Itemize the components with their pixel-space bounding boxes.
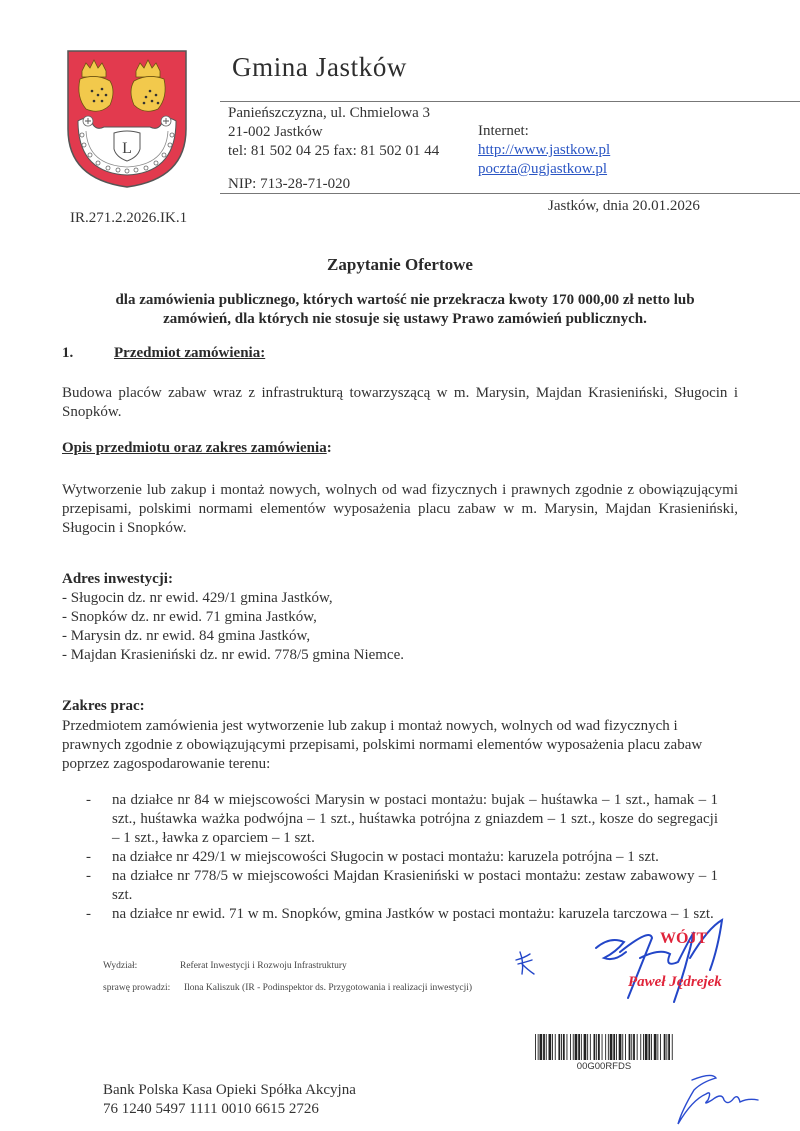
zakres-text: Przedmiotem zamówienia jest wytworzenie … bbox=[62, 717, 722, 774]
phone-fax: tel: 81 502 04 25 fax: 81 502 01 44 bbox=[228, 142, 439, 161]
website-link[interactable]: http://www.jastkow.pl bbox=[478, 141, 610, 160]
document-title: Zapytanie Ofertowe bbox=[0, 255, 800, 275]
prowadzi-value: Ilona Kaliszuk (IR - Podinspektor ds. Pr… bbox=[184, 983, 472, 993]
reference-number: IR.271.2.2026.IK.1 bbox=[70, 210, 187, 227]
zakres-heading: Zakres prac: bbox=[62, 698, 145, 715]
bank-account: 76 1240 5497 1111 0010 6615 2726 bbox=[103, 1100, 356, 1119]
handwritten-signature-icon bbox=[672, 1070, 762, 1128]
address-street: Panieńszczyzna, ul. Chmielowa 3 bbox=[228, 104, 439, 123]
organization-name: Gmina Jastków bbox=[232, 52, 407, 83]
list-item: - Snopków dz. nr ewid. 71 gmina Jastków, bbox=[62, 608, 404, 627]
list-item: - Marysin dz. nr ewid. 84 gmina Jastków, bbox=[62, 627, 404, 646]
list-item-text: na działce nr 429/1 w miejscowości Sługo… bbox=[112, 849, 659, 865]
opis-text: Wytworzenie lub zakup i montaż nowych, w… bbox=[62, 481, 738, 538]
works-list: -na działce nr 84 w miejscowości Marysin… bbox=[62, 791, 718, 924]
header-divider-top bbox=[220, 101, 800, 102]
barcode-text: 00G00RFDS bbox=[535, 1061, 673, 1072]
section-heading: Przedmiot zamówienia: bbox=[114, 345, 265, 362]
wydzial-label: Wydział: bbox=[103, 961, 137, 971]
barcode-icon bbox=[535, 1034, 673, 1060]
list-item-text: na działce nr 84 w miejscowości Marysin … bbox=[112, 792, 718, 846]
handwritten-initial-icon bbox=[510, 948, 540, 978]
email-link[interactable]: poczta@ugjastkow.pl bbox=[478, 160, 610, 179]
opis-heading: Opis przedmiotu oraz zakres zamówienia: bbox=[62, 440, 332, 457]
bank-name: Bank Polska Kasa Opieki Spółka Akcyjna bbox=[103, 1081, 356, 1100]
list-item: -na działce nr 778/5 w miejscowości Majd… bbox=[62, 867, 718, 905]
section-text: Budowa placów zabaw wraz z infrastruktur… bbox=[62, 384, 738, 422]
internet-label: Internet: bbox=[478, 122, 610, 141]
bullet-dash: - bbox=[86, 848, 91, 867]
document-subtitle: dla zamówienia publicznego, których wart… bbox=[60, 291, 750, 329]
bullet-dash: - bbox=[86, 791, 91, 810]
opis-heading-colon: : bbox=[327, 440, 332, 456]
coat-of-arms-icon: L bbox=[66, 49, 188, 189]
list-item: - Sługocin dz. nr ewid. 429/1 gmina Jast… bbox=[62, 589, 404, 608]
wydzial-value: Referat Inwestycji i Rozwoju Infrastrukt… bbox=[180, 961, 347, 971]
list-item: -na działce nr 429/1 w miejscowości Sług… bbox=[62, 848, 718, 867]
prowadzi-label: sprawę prowadzi: bbox=[103, 983, 170, 993]
svg-text:L: L bbox=[122, 140, 132, 157]
adres-list: - Sługocin dz. nr ewid. 429/1 gmina Jast… bbox=[62, 589, 404, 665]
document-date: Jastków, dnia 20.01.2026 bbox=[548, 198, 700, 215]
bullet-dash: - bbox=[86, 867, 91, 886]
section-number: 1. bbox=[62, 345, 73, 362]
list-item: -na działce nr 84 w miejscowości Marysin… bbox=[62, 791, 718, 848]
list-item: - Majdan Krasieniński dz. nr ewid. 778/5… bbox=[62, 646, 404, 665]
list-item-text: na działce nr 778/5 w miejscowości Majda… bbox=[112, 868, 718, 903]
adres-heading: Adres inwestycji: bbox=[62, 571, 173, 588]
address-postal: 21-002 Jastków bbox=[228, 123, 439, 142]
stamp-title: WÓJT bbox=[660, 930, 707, 948]
opis-heading-text: Opis przedmiotu oraz zakres zamówienia bbox=[62, 440, 327, 456]
header-divider-bottom bbox=[220, 193, 800, 194]
nip-number: NIP: 713-28-71-020 bbox=[228, 176, 350, 193]
address-block: Panieńszczyzna, ul. Chmielowa 3 21-002 J… bbox=[228, 104, 439, 161]
bullet-dash: - bbox=[86, 905, 91, 924]
subtitle-line: dla zamówienia publicznego, których wart… bbox=[60, 291, 750, 310]
internet-block: Internet: http://www.jastkow.pl poczta@u… bbox=[478, 122, 610, 179]
stamp-name: Paweł Jędrejek bbox=[628, 974, 722, 991]
subtitle-line: zamówień, dla których nie stosuje się us… bbox=[60, 310, 750, 329]
bank-block: Bank Polska Kasa Opieki Spółka Akcyjna 7… bbox=[103, 1081, 356, 1119]
